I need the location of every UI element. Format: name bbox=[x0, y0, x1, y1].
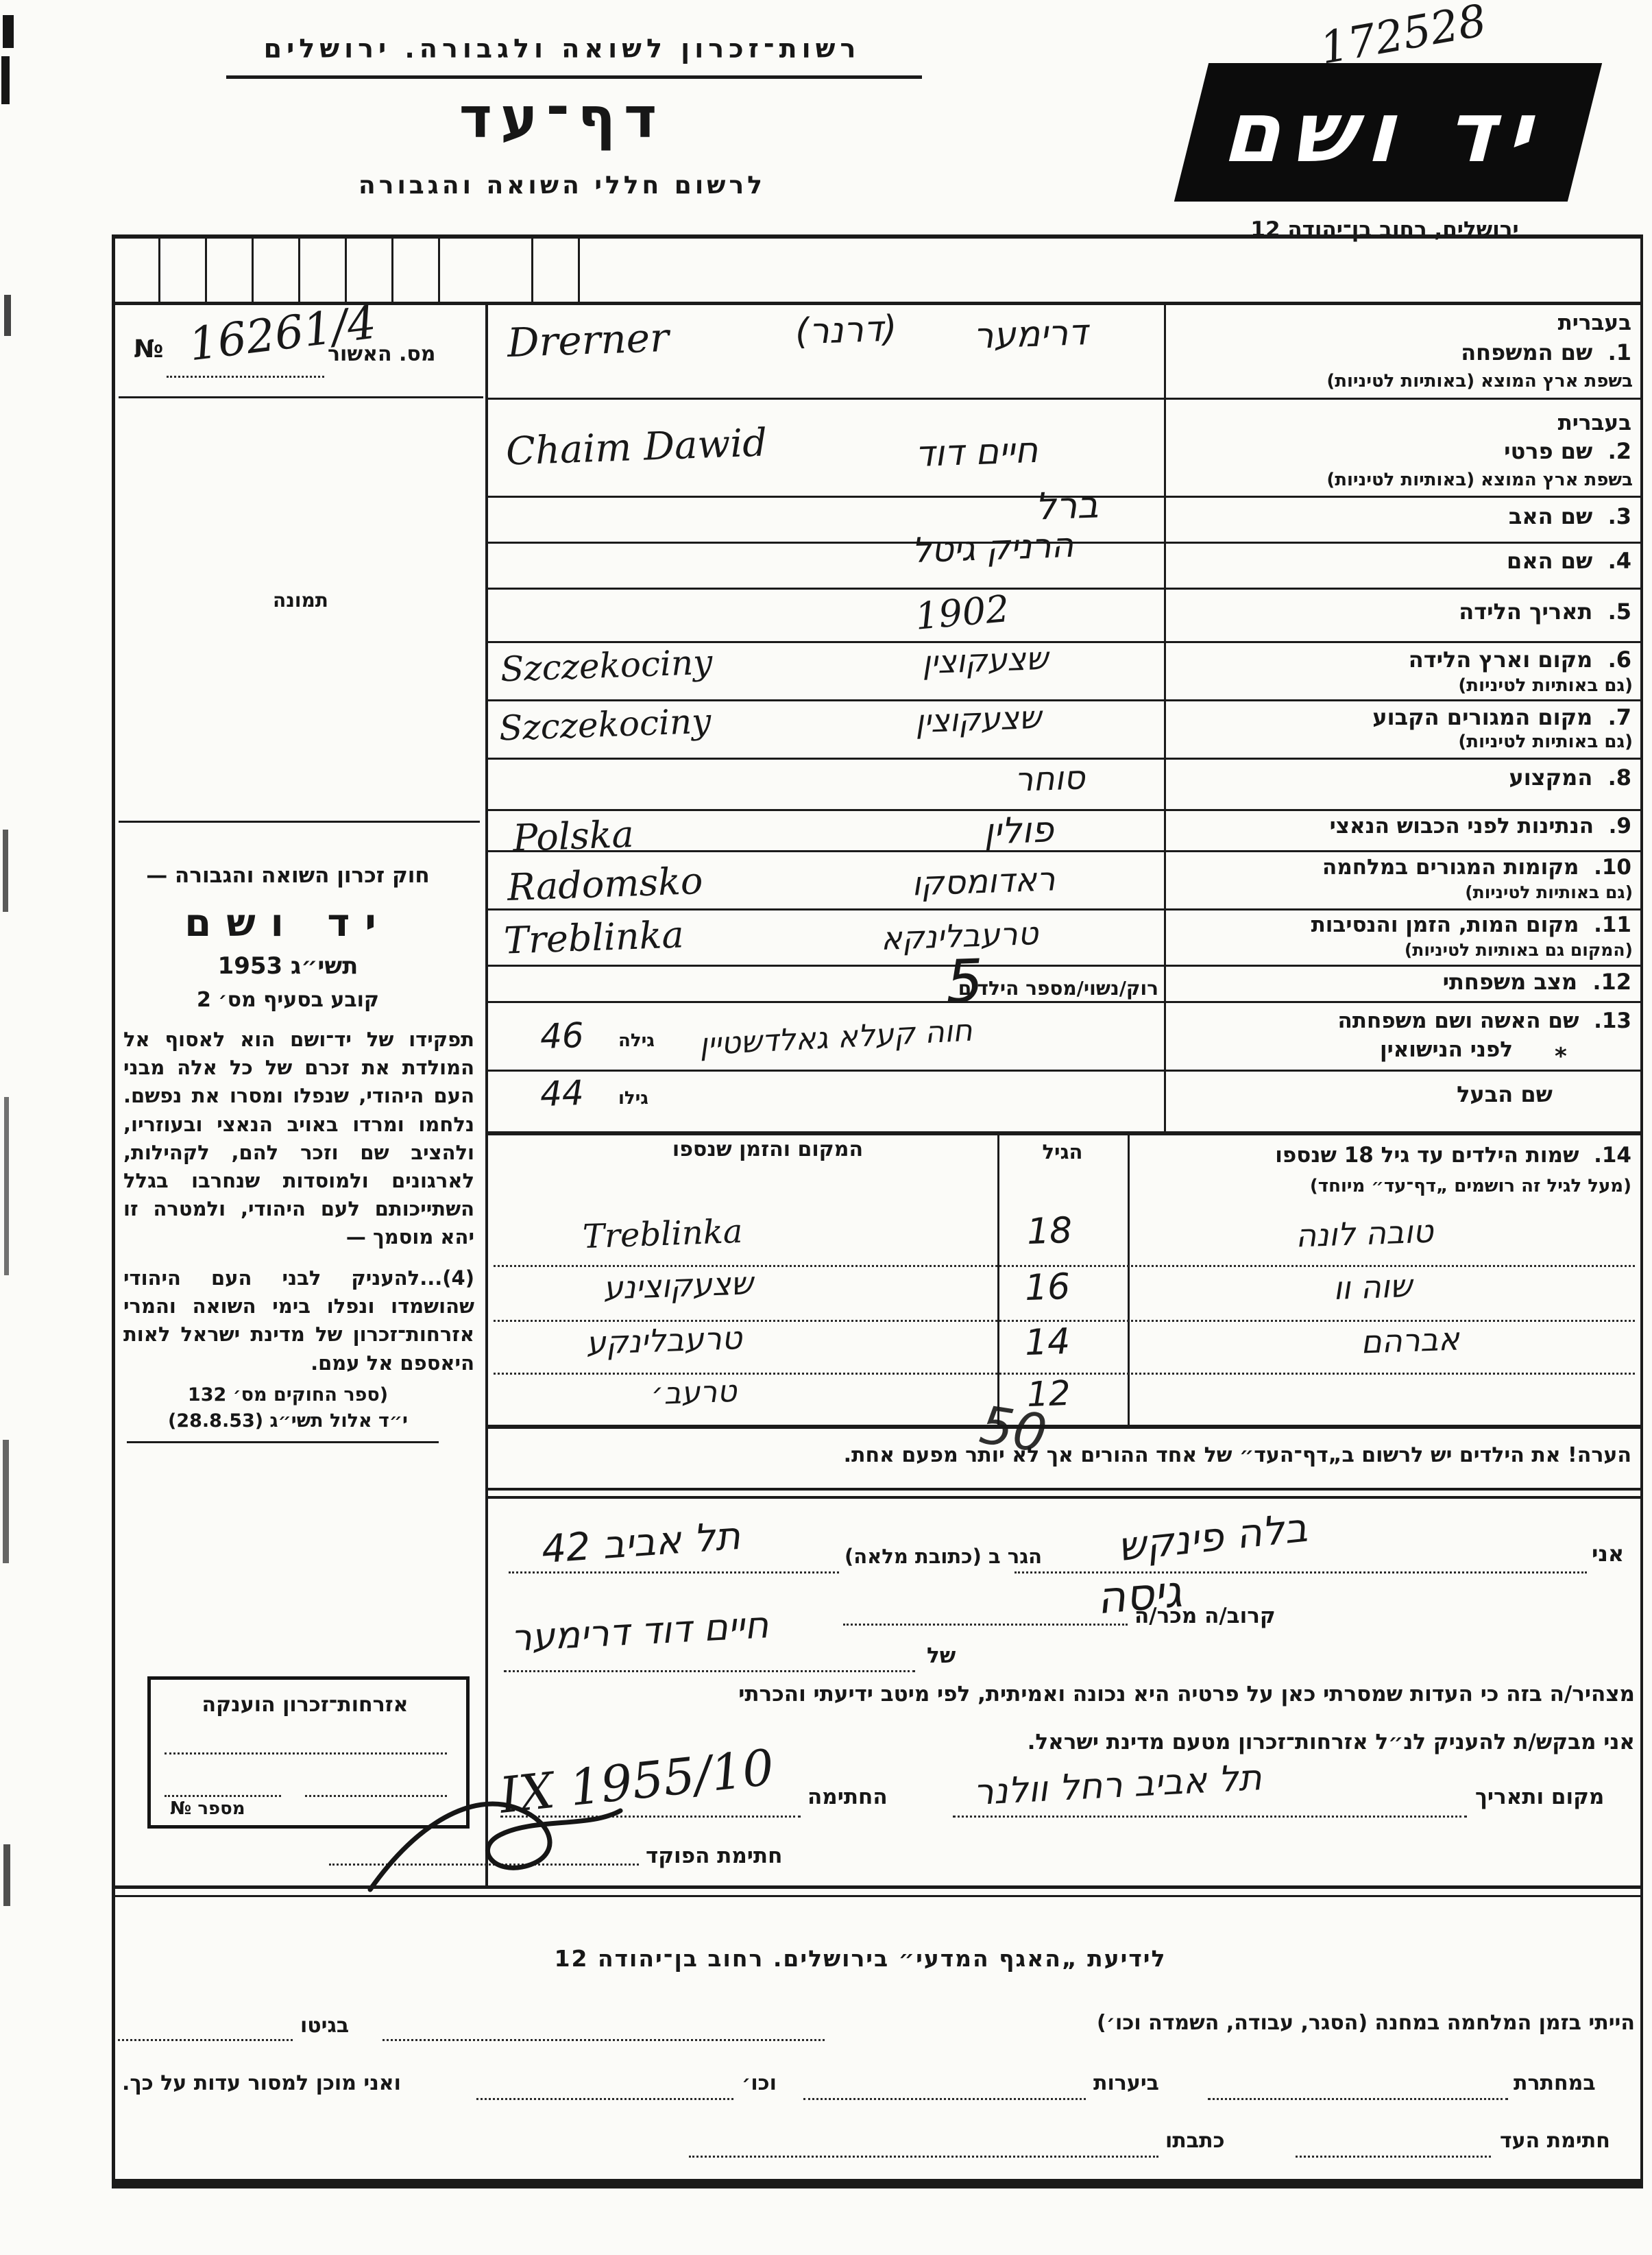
bottom-line1-label: הייתי בזמן המלחמה במחנה (הסגר, עבודה, הש… bbox=[829, 2010, 1635, 2036]
double-rule bbox=[485, 1488, 1640, 1491]
field-5-number: 5. bbox=[1608, 599, 1631, 625]
page-bottom-border bbox=[112, 2179, 1643, 2188]
approval-underline bbox=[119, 396, 483, 398]
declaration-i-label: אני bbox=[1592, 1540, 1624, 1567]
field-7-value-heb: שצעקוצין bbox=[914, 699, 1042, 740]
field-8-value-heb: סוחר bbox=[1014, 758, 1086, 799]
field-1-sub: בשפת ארץ המוצא (באותיות לטיניות) bbox=[1172, 370, 1633, 393]
child-3-name: אברהם bbox=[1360, 1321, 1460, 1361]
field-12-inline-options: רוק/נשוי/מספר הילדים bbox=[877, 976, 1158, 1000]
child-4-place: טרעב׳ bbox=[651, 1374, 737, 1412]
index-cell-divider bbox=[158, 239, 160, 302]
citizenship-box-title: אזרחות־זכרון הוענקה bbox=[154, 1692, 456, 1718]
field-1-value-heb-paren: (דרנר) bbox=[794, 308, 897, 352]
bottom-ready-testify: ואני מוכן למסור עדות על כך. bbox=[122, 2071, 401, 2097]
declaration-of-value: חיים דוד דרימער bbox=[510, 1603, 770, 1660]
form-border-right bbox=[1640, 234, 1643, 2187]
field-6-label: 6. מקום וארץ הלידה bbox=[1220, 646, 1631, 673]
row-line bbox=[485, 398, 1640, 400]
field-13-label: 13. שם האשה ושם משפחתה bbox=[1179, 1008, 1631, 1035]
field-13-label2: לפני הנישואין bbox=[1323, 1037, 1570, 1063]
child-2-place: שצעקוצינע bbox=[603, 1264, 753, 1307]
approval-no-symbol: № bbox=[134, 334, 163, 365]
index-cell-divider bbox=[531, 239, 533, 302]
field-5-label: 5. תאריך הלידה bbox=[1254, 598, 1631, 625]
field-9-value-latin: Polska bbox=[512, 812, 635, 860]
place-date-blank bbox=[953, 1816, 1467, 1818]
field-2-sub: בשפת ארץ המוצא (באותיות לטיניות) bbox=[1172, 469, 1633, 492]
declaration-addr-value: תל אביב 42 bbox=[540, 1514, 742, 1572]
field-9-number: 9. bbox=[1609, 814, 1631, 839]
child-2-name: שוה וו bbox=[1333, 1267, 1413, 1307]
form-title: דף־עד bbox=[370, 84, 754, 154]
bottom-etc-blank bbox=[476, 2098, 733, 2100]
form-bottom-rule bbox=[112, 1895, 1643, 1897]
field-4-value-heb: הרניק גיטל bbox=[911, 525, 1074, 570]
bottom-title: לידיעת „האגף המדעי״ בירושלים. רחוב בן־יה… bbox=[384, 1944, 1337, 1973]
children-col-divider bbox=[1128, 1131, 1130, 1425]
field-10-label: 10. מקומות המגורים במלחמה bbox=[1179, 854, 1631, 881]
children-subtitle: (מעל לגיל זה רושמים „דף־עד״ מיוחד) bbox=[1138, 1175, 1631, 1198]
declaration-of-label: של bbox=[927, 1643, 956, 1669]
children-col-divider bbox=[997, 1131, 999, 1425]
row-line bbox=[485, 699, 1640, 701]
clerk-signature-scribble bbox=[356, 1780, 631, 1896]
field-11-value-latin: Treblinka bbox=[503, 913, 685, 962]
field-9-value-heb: פולין bbox=[983, 809, 1054, 853]
field-3-value-heb: ברל bbox=[1034, 483, 1100, 528]
law-paragraph-2: (4)...להעניק לבני העם היהודי שהושמדו ונפ… bbox=[123, 1264, 474, 1377]
declaration-rel-value: גיסה bbox=[1095, 1567, 1184, 1625]
law-section: קובע בסעיף מס׳ 2 bbox=[127, 987, 449, 1013]
law-reference-1: (ספר החוקים מס׳ 132 bbox=[127, 1384, 449, 1407]
field-13-number: 13. bbox=[1594, 1009, 1631, 1033]
child-1-place: Treblinka bbox=[582, 1212, 743, 1256]
bottom-ghetto-label: בגיטו bbox=[300, 2013, 349, 2039]
form-border-left bbox=[112, 234, 115, 2187]
field-10-value-heb: ראדומסקו bbox=[911, 860, 1056, 903]
field-12-value-handwritten: 5 bbox=[945, 947, 984, 1017]
form-bottom-rule bbox=[112, 1885, 1643, 1889]
field-3-number: 3. bbox=[1608, 503, 1631, 529]
scan-edge-mark bbox=[4, 295, 11, 336]
bottom-underground-blank bbox=[1208, 2098, 1508, 2100]
wife-name-value: חוה קעלא גאלדשטיין bbox=[699, 1013, 973, 1063]
index-cell-divider bbox=[298, 239, 300, 302]
children-col-place: המקום והזמן שנספו bbox=[603, 1137, 932, 1163]
approval-blank bbox=[167, 376, 324, 378]
law-top-divider bbox=[119, 821, 480, 823]
section14-top-line bbox=[485, 1131, 1640, 1135]
double-rule bbox=[485, 1496, 1640, 1499]
place-date-value: תל אביב רחל וולנר bbox=[973, 1757, 1263, 1813]
law-paragraph-1: תפקידו של יד־ושם הוא לאסוף אל המולדת את … bbox=[123, 1026, 474, 1251]
field-4-label: 4. שם האם bbox=[1254, 547, 1631, 575]
field-10-number: 10. bbox=[1594, 855, 1631, 880]
field-11-sub: (המקום גם באותיות לטיניות) bbox=[1172, 939, 1633, 961]
clerk-signature-label: חתימת הפוקד bbox=[646, 1843, 782, 1870]
wife-age-label: גילה bbox=[618, 1030, 655, 1052]
bottom-etc-label: וכו׳ bbox=[742, 2071, 777, 2097]
header-divider bbox=[226, 75, 922, 79]
husband-label: שם הבעל bbox=[1419, 1081, 1590, 1108]
field-6-value-latin: Szczekociny bbox=[500, 642, 713, 690]
child-1-name: טובה לונה bbox=[1295, 1213, 1434, 1255]
scan-edge-mark bbox=[4, 1097, 9, 1275]
scan-edge-mark bbox=[3, 1440, 9, 1563]
field-1-label: 1. שם המשפחה bbox=[1254, 339, 1631, 366]
field-7-value-latin: Szczekociny bbox=[498, 701, 712, 749]
child-3-age: 14 bbox=[1024, 1321, 1071, 1364]
citizenship-box-number-label: מספר № bbox=[170, 1798, 245, 1820]
citizenship-box-blank bbox=[165, 1752, 447, 1754]
field-10-sub: (גם באותיות לטיניות) bbox=[1172, 882, 1633, 903]
row-line bbox=[485, 965, 1640, 967]
column-divider-middle bbox=[485, 302, 488, 1887]
form-border-top bbox=[112, 234, 1643, 239]
law-intro: חוק זכרון השואה והגבורה — bbox=[127, 863, 449, 889]
field-7-number: 7. bbox=[1608, 704, 1631, 730]
index-cell-divider bbox=[391, 239, 393, 302]
husband-age-value: 44 bbox=[539, 1073, 585, 1114]
field-2-number: 2. bbox=[1608, 438, 1631, 464]
child-2-age: 16 bbox=[1024, 1266, 1071, 1309]
form-subtitle: לרשום חללי השואה והגבורה bbox=[288, 170, 836, 201]
field-8-label: 8. המקצוע bbox=[1254, 764, 1631, 791]
field-2-label: 2. שם פרטי bbox=[1254, 437, 1631, 465]
row-line bbox=[485, 908, 1640, 911]
field-7-label: 7. מקום המגורים הקבוע bbox=[1206, 703, 1631, 731]
field-2-value-latin: Chaim Dawid bbox=[505, 420, 768, 474]
field-2-pre: בעברית bbox=[1481, 410, 1631, 437]
row-line bbox=[485, 850, 1640, 852]
declaration-of-blank bbox=[504, 1670, 915, 1672]
law-reference-2: י״ד אלול תשי״ג (28.8.53) bbox=[127, 1410, 449, 1433]
index-cell-divider bbox=[578, 239, 580, 302]
law-bottom-divider bbox=[127, 1441, 439, 1443]
field-12-number: 12. bbox=[1592, 969, 1631, 995]
scan-edge-mark bbox=[3, 15, 14, 48]
field-1-number: 1. bbox=[1608, 339, 1631, 365]
field-6-value-heb: שצעקוצין bbox=[921, 640, 1049, 681]
page-of-testimony-scan: { "header": { "authority": "רשות־זכרון ל… bbox=[0, 0, 1652, 2255]
place-date-label: מקום ותאריך bbox=[1475, 1784, 1604, 1811]
bottom-address-blank bbox=[689, 2156, 1158, 2158]
scan-edge-mark bbox=[3, 830, 8, 912]
field-11-label: 11. מקום המות, הזמן והנסיבות bbox=[1176, 912, 1631, 939]
declaration-addr-blank bbox=[509, 1571, 839, 1573]
logo-address: ירושלים, רחוב בן־יהודה 12 bbox=[1182, 217, 1587, 243]
row-line bbox=[485, 1001, 1640, 1003]
field-12-label: 12. מצב משפחתי bbox=[1254, 968, 1631, 996]
wife-age-value: 46 bbox=[539, 1015, 585, 1057]
bottom-forests-label: ביערות bbox=[1093, 2071, 1159, 2097]
bottom-forests-blank bbox=[803, 2098, 1086, 2100]
bottom-underground-label: במחתרת bbox=[1514, 2071, 1596, 2097]
index-cell-divider bbox=[205, 239, 207, 302]
declaration-i-value: בלה פינקש bbox=[1115, 1504, 1309, 1571]
authority-line: רשות־זכרון לשואה ולגבורה. ירושלים bbox=[206, 33, 919, 66]
field-3-label: 3. שם האב bbox=[1254, 503, 1631, 530]
field-1-pre: בעברית bbox=[1481, 310, 1631, 337]
field-10-value-latin: Radomsko bbox=[507, 859, 703, 909]
field-8-number: 8. bbox=[1608, 764, 1631, 791]
yad-vashem-logo-text: יד ושם bbox=[1217, 84, 1560, 181]
row-line bbox=[485, 588, 1640, 590]
field-6-number: 6. bbox=[1608, 647, 1631, 673]
photo-label: תמונה bbox=[273, 588, 328, 612]
row-line bbox=[485, 641, 1640, 643]
law-year: תשי״ג 1953 bbox=[127, 952, 449, 981]
index-cell-divider bbox=[252, 239, 254, 302]
declaration-rel-blank bbox=[843, 1624, 1128, 1626]
citizenship-box-blank bbox=[165, 1795, 281, 1797]
bottom-address-label: כתבתו bbox=[1165, 2128, 1225, 2154]
children-title: 14. שמות הילדים עד גיל 18 שנספו bbox=[1138, 1142, 1631, 1169]
bottom-witness-signature-blank bbox=[1296, 2156, 1491, 2158]
field-2-value-heb: חיים דוד bbox=[914, 430, 1038, 475]
field-7-sub: (גם באותיות לטיניות) bbox=[1172, 731, 1633, 753]
declaration-addr-label: הגר ב (כתובת מלאה) bbox=[845, 1544, 1042, 1569]
yad-vashem-logo: יד ושם bbox=[1174, 63, 1602, 202]
field-9-label: 9. הנתינות לפני הכבוש הנאצי bbox=[1179, 813, 1631, 840]
index-cell-divider bbox=[345, 239, 347, 302]
field-5-value: 1902 bbox=[914, 587, 1011, 638]
column-divider-labels bbox=[1164, 302, 1166, 1133]
bottom-witness-signature-label: חתימת העד bbox=[1500, 2128, 1610, 2154]
declaration-statement-2: אני מבקש/ת להעניק לנ״ל אזרחות־זכרון מטעם… bbox=[884, 1729, 1635, 1756]
law-name: יד ושם bbox=[127, 900, 449, 948]
row-line bbox=[485, 1070, 1640, 1072]
declaration-statement-1: מצהיר/ה בזה כי העדות שמסרתי כאן על פרטיה… bbox=[497, 1681, 1635, 1708]
scan-edge-mark bbox=[3, 1844, 10, 1906]
husband-age-label: גילו bbox=[618, 1087, 648, 1110]
children-note: הערה! את הילדים יש לרשום ב„דף־העד״ של אח… bbox=[524, 1443, 1631, 1469]
signature-label: החתימה bbox=[807, 1784, 888, 1811]
field-6-sub: (גם באותיות לטיניות) bbox=[1172, 675, 1633, 697]
field-4-number: 4. bbox=[1608, 548, 1631, 574]
children-bottom-line bbox=[485, 1425, 1640, 1429]
index-cell-divider bbox=[438, 239, 440, 302]
bottom-ghetto-blank bbox=[118, 2039, 293, 2041]
row-line bbox=[485, 809, 1640, 811]
children-col-age: הגיל bbox=[1008, 1139, 1117, 1164]
bottom-line1-blank bbox=[382, 2039, 825, 2041]
field-11-number: 11. bbox=[1594, 913, 1631, 937]
child-1-age: 18 bbox=[1026, 1210, 1073, 1253]
child-3-place: טרעבלינקע bbox=[585, 1319, 742, 1362]
field-1-value-heb: דרימער bbox=[973, 312, 1089, 357]
field-13-star: * bbox=[1555, 1042, 1567, 1072]
children-number: 14. bbox=[1594, 1143, 1631, 1168]
field-1-value-latin: Drerner bbox=[507, 314, 670, 366]
scan-edge-mark bbox=[1, 56, 10, 104]
